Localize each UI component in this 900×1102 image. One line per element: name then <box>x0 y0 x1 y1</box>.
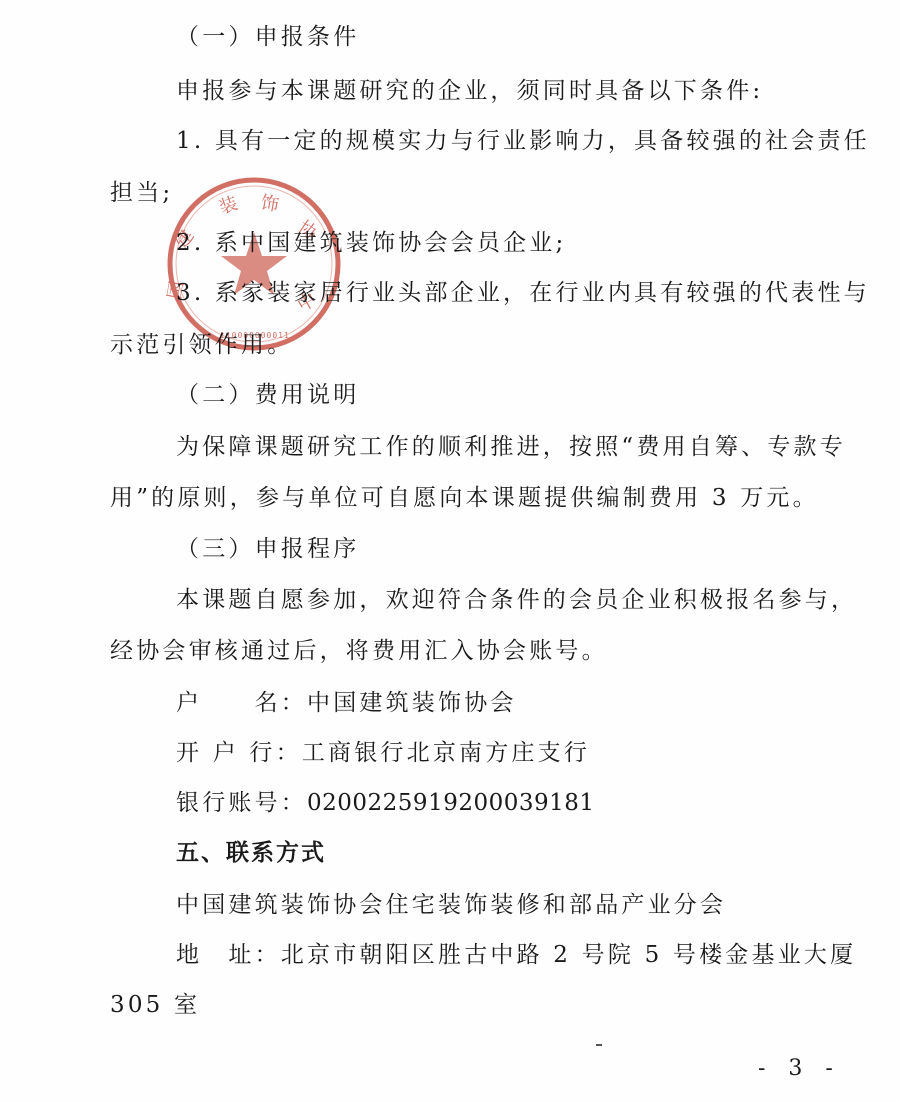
svg-text:饰: 饰 <box>259 192 280 216</box>
section-3-line-2: 经协会审核通过后，将费用汇入协会账号。 <box>110 636 608 666</box>
condition-2: 2. 系中国建筑装饰协会会员企业; <box>176 228 566 258</box>
account-name-label: 户 名： <box>176 690 307 716</box>
account-number-value: 0200225919200039181 <box>307 790 595 816</box>
address-line-2: 305 室 <box>110 990 200 1020</box>
section-3-line-1: 本课题自愿参加，欢迎符合条件的会员企业积极报名参与， <box>176 585 857 615</box>
account-number-row: 银行账号：0200225919200039181 <box>176 788 595 818</box>
section-5-heading: 五、联系方式 <box>176 838 326 868</box>
account-name-row: 户 名：中国建筑装饰协会 <box>176 688 517 718</box>
svg-text:装: 装 <box>217 193 241 219</box>
section-1-heading: （一）申报条件 <box>176 22 359 52</box>
account-bank-value: 工商银行北京南方庄支行 <box>302 740 590 766</box>
section-2-line-1: 为保障课题研究工作的顺利推进，按照“费用自筹、专款专 <box>176 432 846 462</box>
section-2-line-2: 用”的原则，参与单位可自愿向本课题提供编制费用 3 万元。 <box>110 483 819 513</box>
section-2-heading: （二）费用说明 <box>176 380 359 410</box>
scan-artifact <box>596 1044 602 1046</box>
account-bank-label: 开 户 行： <box>176 740 302 766</box>
condition-1-line-1: 1. 具有一定的规模实力与行业影响力，具备较强的社会责任 <box>176 126 870 156</box>
section-3-heading: （三）申报程序 <box>176 534 359 564</box>
contact-organization: 中国建筑装饰协会住宅装饰装修和部品产业分会 <box>176 890 726 920</box>
account-bank-row: 开 户 行：工商银行北京南方庄支行 <box>176 738 590 768</box>
account-name-value: 中国建筑装饰协会 <box>307 690 517 716</box>
condition-3-line-1: 3. 系家装家居行业头部企业，在行业内具有较强的代表性与 <box>176 278 870 308</box>
address-line-1: 地 址：北京市朝阳区胜古中路 2 号院 5 号楼金基业大厦 <box>176 940 856 970</box>
condition-3-line-2: 示范引领作用。 <box>110 330 293 360</box>
page-number: - 3 - <box>758 1056 841 1081</box>
section-1-intro: 申报参与本课题研究的企业，须同时具备以下条件: <box>176 76 763 106</box>
account-number-label: 银行账号： <box>176 790 307 816</box>
condition-1-line-2: 担当; <box>110 178 173 208</box>
document-page: 装 饰 协 建 国 中 110000000011 （一）申报条件 申报参与本课题… <box>0 0 900 1102</box>
